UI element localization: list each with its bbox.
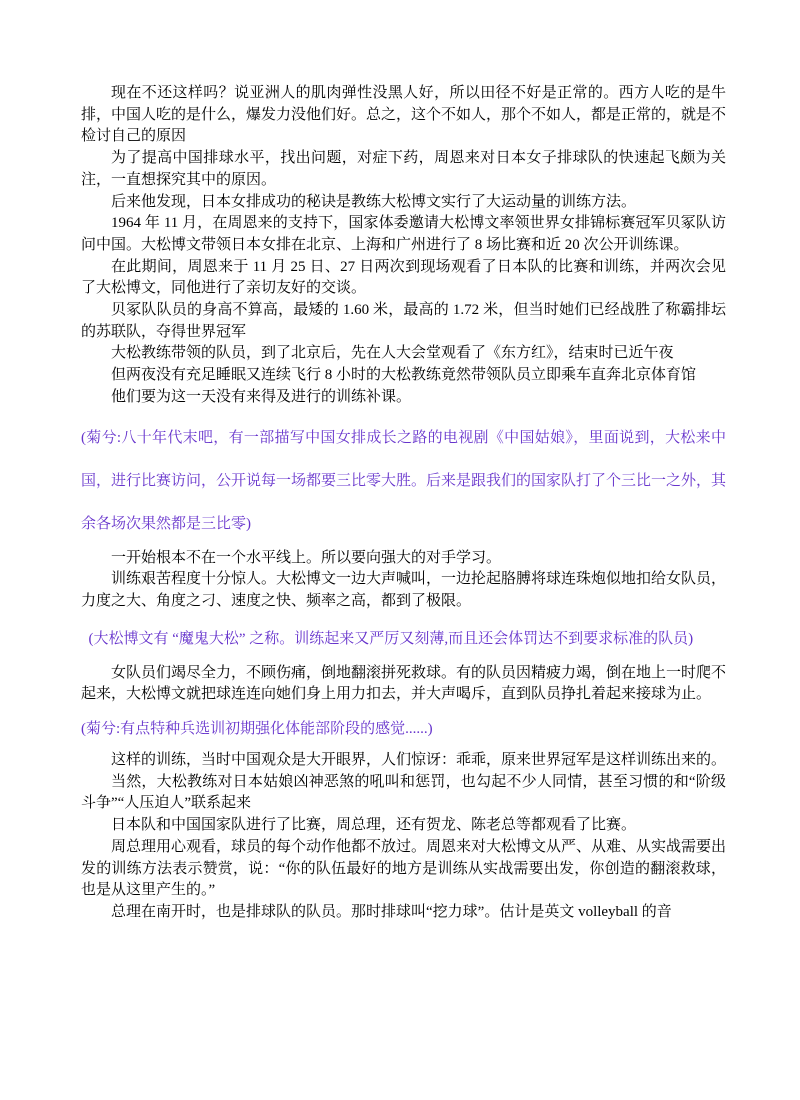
annotation-paragraph: (大松博文有 “魔鬼大松” 之称。训练起来又严厉又刻薄,而且还会体罚达不到要求标…	[81, 619, 726, 659]
paragraph: 现在不还这样吗？说亚洲人的肌肉弹性没黑人好，所以田径不好是正常的。西方人吃的是牛…	[81, 83, 726, 148]
paragraph: 当然，大松教练对日本姑娘凶神恶煞的吼叫和惩罚，也勾起不少人同情，甚至习惯的和“阶…	[81, 772, 726, 815]
paragraph: 女队员们竭尽全力，不顾伤痛，倒地翻滚拼死救球。有的队员因精疲力竭，倒在地上一时爬…	[81, 663, 726, 706]
paragraph: 在此期间，周恩来于 11 月 25 日、27 日两次到现场观看了日本队的比赛和训…	[81, 257, 726, 300]
annotation-paragraph: (菊兮:八十年代末吧，有一部描写中国女排成长之路的电视剧《中国姑娘》，里面说到，…	[81, 417, 726, 546]
paragraph: 后来他发现，日本女排成功的秘诀是教练大松博文实行了大运动量的训练方法。	[81, 192, 726, 214]
paragraph: 他们要为这一天没有来得及进行的训练补课。	[81, 387, 726, 409]
paragraph: 周总理用心观看，球员的每个动作他都不放过。周恩来对大松博文从严、从难、从实战需要…	[81, 837, 726, 902]
paragraph: 日本队和中国国家队进行了比赛，周总理，还有贺龙、陈老总等都观看了比赛。	[81, 815, 726, 837]
paragraph: 1964 年 11 月，在周恩来的支持下，国家体委邀请大松博文率领世界女排锦标赛…	[81, 213, 726, 256]
paragraph: 为了提高中国排球水平，找出问题，对症下药，周恩来对日本女子排球队的快速起飞颇为关…	[81, 148, 726, 191]
paragraph: 训练艰苦程度十分惊人。大松博文一边大声喊叫，一边抡起胳膊将球连珠炮似地扣给女队员…	[81, 569, 726, 612]
paragraph: 这样的训练，当时中国观众是大开眼界，人们惊讶：乖乖，原来世界冠军是这样训练出来的…	[81, 750, 726, 772]
paragraph: 贝冢队队员的身高不算高，最矮的 1.60 米，最高的 1.72 米，但当时她们已…	[81, 300, 726, 343]
paragraph: 大松教练带领的队员，到了北京后，先在人大会堂观看了《东方红》，结束时已近午夜	[81, 343, 726, 365]
paragraph: 总理在南开时，也是排球队的队员。那时排球叫“挖力球”。估计是英文 volleyb…	[81, 902, 726, 924]
paragraph: 一开始根本不在一个水平线上。所以要向强大的对手学习。	[81, 548, 726, 570]
paragraph: 但两夜没有充足睡眠又连续飞行 8 小时的大松教练竟然带领队员立即乘车直奔北京体育…	[81, 365, 726, 387]
document-page: 现在不还这样吗？说亚洲人的肌肉弹性没黑人好，所以田径不好是正常的。西方人吃的是牛…	[0, 0, 800, 1100]
annotation-paragraph: (菊兮:有点特种兵选训初期强化体能部阶段的感觉......)	[81, 718, 726, 740]
document-text-block: 现在不还这样吗？说亚洲人的肌肉弹性没黑人好，所以田径不好是正常的。西方人吃的是牛…	[81, 83, 726, 924]
